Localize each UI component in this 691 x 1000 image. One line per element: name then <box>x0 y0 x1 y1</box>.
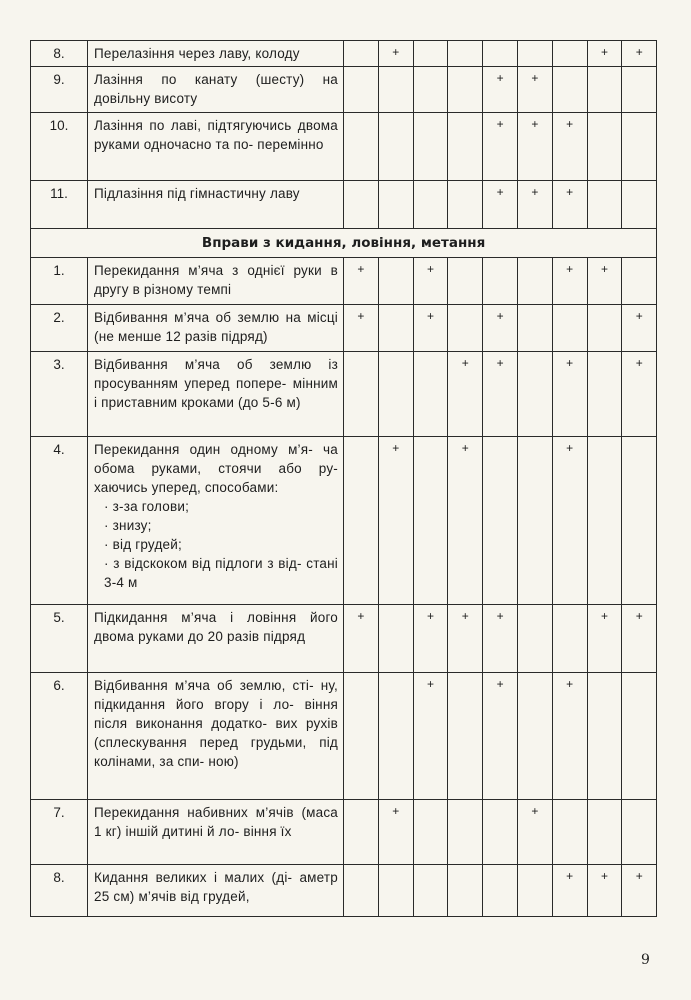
mark-cell-6: + <box>517 113 552 181</box>
table-row: 5.Підкидання м’яча і ловіння його двома … <box>31 605 657 673</box>
mark-cell-8 <box>587 437 622 605</box>
mark-cell-7: + <box>552 865 587 917</box>
mark-cell-5: + <box>483 305 518 352</box>
table-row: 3.Відбивання м’яча об землю із просуванн… <box>31 352 657 437</box>
exercise-text: Відбивання м’яча об землю із просуванням… <box>94 357 338 410</box>
exercise-name: Перелазіння через лаву, колоду <box>88 41 344 67</box>
mark-cell-2 <box>378 67 413 113</box>
mark-cell-3 <box>413 67 448 113</box>
exercise-subitem: від грудей; <box>94 535 338 554</box>
mark-cell-7 <box>552 800 587 865</box>
table-row: 1.Перекидання м’яча з однієї руки в друг… <box>31 258 657 305</box>
mark-cell-5 <box>483 865 518 917</box>
mark-cell-6: + <box>517 67 552 113</box>
table-row: 11.Підлазіння під гімнастичну лаву+++ <box>31 181 657 229</box>
mark-cell-2: + <box>378 437 413 605</box>
mark-cell-5: + <box>483 352 518 437</box>
table-row: 8.Перелазіння через лаву, колоду+++ <box>31 41 657 67</box>
exercise-name: Кидання великих і малих (ді- аметр 25 см… <box>88 865 344 917</box>
exercise-name: Лазіння по канату (шесту) на довільну ви… <box>88 67 344 113</box>
mark-cell-9 <box>622 800 657 865</box>
mark-cell-9 <box>622 437 657 605</box>
exercise-text: Підкидання м’яча і ловіння його двома ру… <box>94 610 338 644</box>
mark-cell-4 <box>448 865 483 917</box>
mark-cell-3: + <box>413 605 448 673</box>
exercise-name: Відбивання м’яча об землю на місці (не м… <box>88 305 344 352</box>
mark-cell-8: + <box>587 41 622 67</box>
row-number: 7. <box>31 800 88 865</box>
mark-cell-4 <box>448 67 483 113</box>
mark-cell-8 <box>587 800 622 865</box>
row-number: 1. <box>31 258 88 305</box>
mark-cell-1: + <box>344 605 379 673</box>
mark-cell-3 <box>413 437 448 605</box>
mark-cell-1 <box>344 352 379 437</box>
mark-cell-7: + <box>552 258 587 305</box>
exercise-name: Відбивання м’яча об землю, сті- ну, підк… <box>88 673 344 800</box>
row-number: 4. <box>31 437 88 605</box>
mark-cell-1 <box>344 113 379 181</box>
mark-cell-5 <box>483 41 518 67</box>
mark-cell-5: + <box>483 181 518 229</box>
mark-cell-4 <box>448 800 483 865</box>
table-row: 10.Лазіння по лаві, підтягуючись двома р… <box>31 113 657 181</box>
mark-cell-2 <box>378 673 413 800</box>
mark-cell-7: + <box>552 181 587 229</box>
mark-cell-3 <box>413 352 448 437</box>
mark-cell-3 <box>413 41 448 67</box>
document-page: 8.Перелазіння через лаву, колоду+++9.Лаз… <box>0 0 691 1000</box>
mark-cell-3 <box>413 181 448 229</box>
mark-cell-2 <box>378 258 413 305</box>
row-number: 8. <box>31 865 88 917</box>
exercise-text: Підлазіння під гімнастичну лаву <box>94 186 300 201</box>
mark-cell-1 <box>344 67 379 113</box>
exercise-text: Перекидання набивних м’ячів (маса 1 кг) … <box>94 805 338 839</box>
row-number: 8. <box>31 41 88 67</box>
mark-cell-5 <box>483 800 518 865</box>
mark-cell-8 <box>587 181 622 229</box>
exercise-text: Перекидання м’яча з однієї руки в другу … <box>94 263 338 297</box>
table-row: 2.Відбивання м’яча об землю на місці (не… <box>31 305 657 352</box>
mark-cell-6 <box>517 305 552 352</box>
mark-cell-7: + <box>552 113 587 181</box>
mark-cell-1 <box>344 41 379 67</box>
mark-cell-5: + <box>483 113 518 181</box>
mark-cell-4 <box>448 258 483 305</box>
exercise-text: Кидання великих і малих (ді- аметр 25 см… <box>94 870 338 904</box>
section-header-row: Вправи з кидання, ловіння, метання <box>31 229 657 258</box>
exercise-name: Підлазіння під гімнастичну лаву <box>88 181 344 229</box>
mark-cell-1 <box>344 673 379 800</box>
mark-cell-1 <box>344 800 379 865</box>
mark-cell-2 <box>378 352 413 437</box>
row-number: 6. <box>31 673 88 800</box>
mark-cell-8: + <box>587 605 622 673</box>
exercise-subitem: з відскоком від підлоги з від- стані 3-4… <box>94 554 338 592</box>
row-number: 11. <box>31 181 88 229</box>
exercise-text: Лазіння по канату (шесту) на довільну ви… <box>94 72 338 106</box>
mark-cell-2: + <box>378 41 413 67</box>
mark-cell-8: + <box>587 258 622 305</box>
mark-cell-2 <box>378 305 413 352</box>
exercise-name: Підкидання м’яча і ловіння його двома ру… <box>88 605 344 673</box>
mark-cell-6 <box>517 605 552 673</box>
exercise-text: Відбивання м’яча об землю на місці (не м… <box>94 310 338 344</box>
mark-cell-9 <box>622 673 657 800</box>
mark-cell-6: + <box>517 181 552 229</box>
mark-cell-4: + <box>448 437 483 605</box>
mark-cell-6 <box>517 437 552 605</box>
mark-cell-3: + <box>413 305 448 352</box>
mark-cell-2 <box>378 865 413 917</box>
mark-cell-3 <box>413 113 448 181</box>
mark-cell-7 <box>552 605 587 673</box>
row-number: 9. <box>31 67 88 113</box>
mark-cell-2 <box>378 113 413 181</box>
mark-cell-8 <box>587 305 622 352</box>
mark-cell-1 <box>344 865 379 917</box>
mark-cell-9: + <box>622 305 657 352</box>
exercise-name: Лазіння по лаві, підтягуючись двома рука… <box>88 113 344 181</box>
page-number: 9 <box>641 952 650 968</box>
mark-cell-7 <box>552 305 587 352</box>
mark-cell-3 <box>413 800 448 865</box>
mark-cell-9 <box>622 113 657 181</box>
table-row: 7.Перекидання набивних м’ячів (маса 1 кг… <box>31 800 657 865</box>
exercise-subitem: знизу; <box>94 516 338 535</box>
mark-cell-8: + <box>587 865 622 917</box>
mark-cell-4 <box>448 305 483 352</box>
exercises-table: 8.Перелазіння через лаву, колоду+++9.Лаз… <box>30 40 657 917</box>
mark-cell-1: + <box>344 258 379 305</box>
mark-cell-8 <box>587 352 622 437</box>
mark-cell-9 <box>622 258 657 305</box>
mark-cell-5 <box>483 437 518 605</box>
mark-cell-1: + <box>344 305 379 352</box>
exercise-name: Перекидання один одному м’я- ча обома ру… <box>88 437 344 605</box>
mark-cell-9 <box>622 67 657 113</box>
mark-cell-3: + <box>413 673 448 800</box>
exercise-text: Перелазіння через лаву, колоду <box>94 46 300 61</box>
mark-cell-3 <box>413 865 448 917</box>
mark-cell-7: + <box>552 437 587 605</box>
mark-cell-7 <box>552 67 587 113</box>
mark-cell-1 <box>344 181 379 229</box>
row-number: 5. <box>31 605 88 673</box>
mark-cell-7: + <box>552 673 587 800</box>
mark-cell-6: + <box>517 800 552 865</box>
mark-cell-5: + <box>483 673 518 800</box>
mark-cell-6 <box>517 258 552 305</box>
mark-cell-6 <box>517 352 552 437</box>
mark-cell-2 <box>378 181 413 229</box>
exercise-name: Відбивання м’яча об землю із просуванням… <box>88 352 344 437</box>
mark-cell-3: + <box>413 258 448 305</box>
exercise-text: Перекидання один одному м’я- ча обома ру… <box>94 442 338 495</box>
row-number: 3. <box>31 352 88 437</box>
mark-cell-4 <box>448 113 483 181</box>
table-row: 9.Лазіння по канату (шесту) на довільну … <box>31 67 657 113</box>
mark-cell-6 <box>517 41 552 67</box>
mark-cell-4: + <box>448 352 483 437</box>
table-row: 6.Відбивання м’яча об землю, сті- ну, пі… <box>31 673 657 800</box>
exercise-subitem: з-за голови; <box>94 497 338 516</box>
mark-cell-5: + <box>483 605 518 673</box>
exercise-name: Перекидання м’яча з однієї руки в другу … <box>88 258 344 305</box>
row-number: 2. <box>31 305 88 352</box>
mark-cell-6 <box>517 673 552 800</box>
mark-cell-9: + <box>622 352 657 437</box>
exercise-text: Лазіння по лаві, підтягуючись двома рука… <box>94 118 338 152</box>
mark-cell-1 <box>344 437 379 605</box>
mark-cell-9: + <box>622 865 657 917</box>
exercise-name: Перекидання набивних м’ячів (маса 1 кг) … <box>88 800 344 865</box>
mark-cell-9 <box>622 181 657 229</box>
mark-cell-9: + <box>622 41 657 67</box>
mark-cell-8 <box>587 673 622 800</box>
mark-cell-7 <box>552 41 587 67</box>
table-row: 4.Перекидання один одному м’я- ча обома … <box>31 437 657 605</box>
mark-cell-4: + <box>448 605 483 673</box>
mark-cell-4 <box>448 41 483 67</box>
row-number: 10. <box>31 113 88 181</box>
section-title: Вправи з кидання, ловіння, метання <box>31 229 657 258</box>
mark-cell-5: + <box>483 67 518 113</box>
table-row: 8.Кидання великих і малих (ді- аметр 25 … <box>31 865 657 917</box>
mark-cell-2: + <box>378 800 413 865</box>
exercise-text: Відбивання м’яча об землю, сті- ну, підк… <box>94 678 338 769</box>
mark-cell-4 <box>448 673 483 800</box>
mark-cell-8 <box>587 113 622 181</box>
mark-cell-2 <box>378 605 413 673</box>
mark-cell-9: + <box>622 605 657 673</box>
mark-cell-5 <box>483 258 518 305</box>
mark-cell-4 <box>448 181 483 229</box>
mark-cell-8 <box>587 67 622 113</box>
mark-cell-6 <box>517 865 552 917</box>
mark-cell-7: + <box>552 352 587 437</box>
